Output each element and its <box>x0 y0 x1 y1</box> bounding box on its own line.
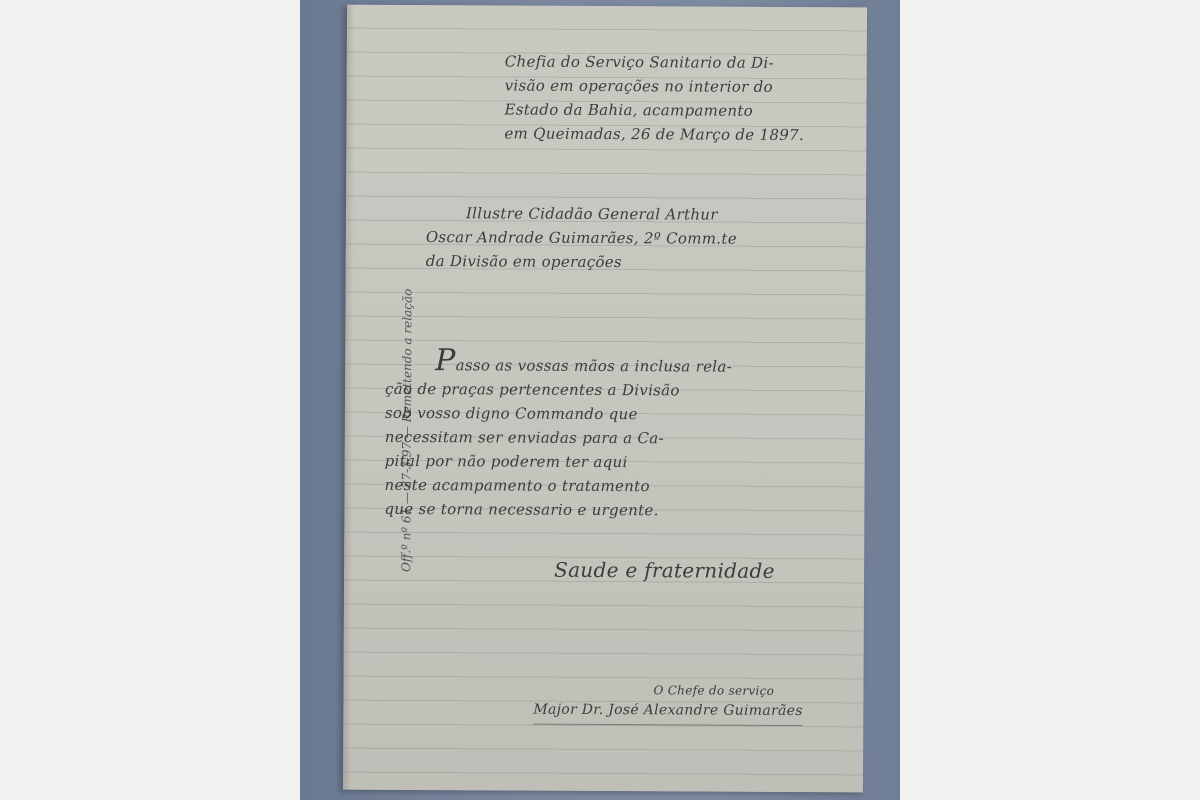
header-line: em Queimadas, 26 de Março de 1897. <box>504 121 804 147</box>
header-line: Estado da Bahia, acampamento <box>504 97 804 123</box>
salutation-line: Illustre Cidadão General Arthur <box>426 201 737 227</box>
salutation: Illustre Cidadão General Arthur Oscar An… <box>426 201 737 275</box>
body-line: neste acampamento o tratamento <box>384 473 731 499</box>
signature: Major Dr. José Alexandre Guimarães <box>533 698 803 726</box>
header-line: Chefia do Serviço Sanitario da Di- <box>505 49 805 75</box>
salutation-line: da Divisão em operações <box>426 249 737 275</box>
letter-body: Passo as vossas mãos a inclusa rela- ção… <box>384 349 732 523</box>
body-line: ção de praças pertencentes a Divisão <box>385 377 732 403</box>
closing-phrase: Saude e fraternidade <box>554 558 775 583</box>
body-line: Passo as vossas mãos a inclusa rela- <box>385 349 732 379</box>
body-line: pital por não poderem ter aqui <box>385 449 732 475</box>
margin-annotation: Off.º nº 61 — 27-3-97 — Remettendo a rel… <box>399 152 415 572</box>
body-line: que se torna necessario e urgente. <box>384 497 731 523</box>
manuscript-page: Chefia do Serviço Sanitario da Di- visão… <box>343 5 867 793</box>
letter-header: Chefia do Serviço Sanitario da Di- visão… <box>504 49 804 147</box>
body-line: sob vosso digno Commando que <box>385 401 732 427</box>
body-line: necessitam ser enviadas para a Ca- <box>385 425 732 451</box>
header-line: visão em operações no interior do <box>505 73 805 99</box>
salutation-line: Oscar Andrade Guimarães, 2º Comm.te <box>426 225 737 251</box>
